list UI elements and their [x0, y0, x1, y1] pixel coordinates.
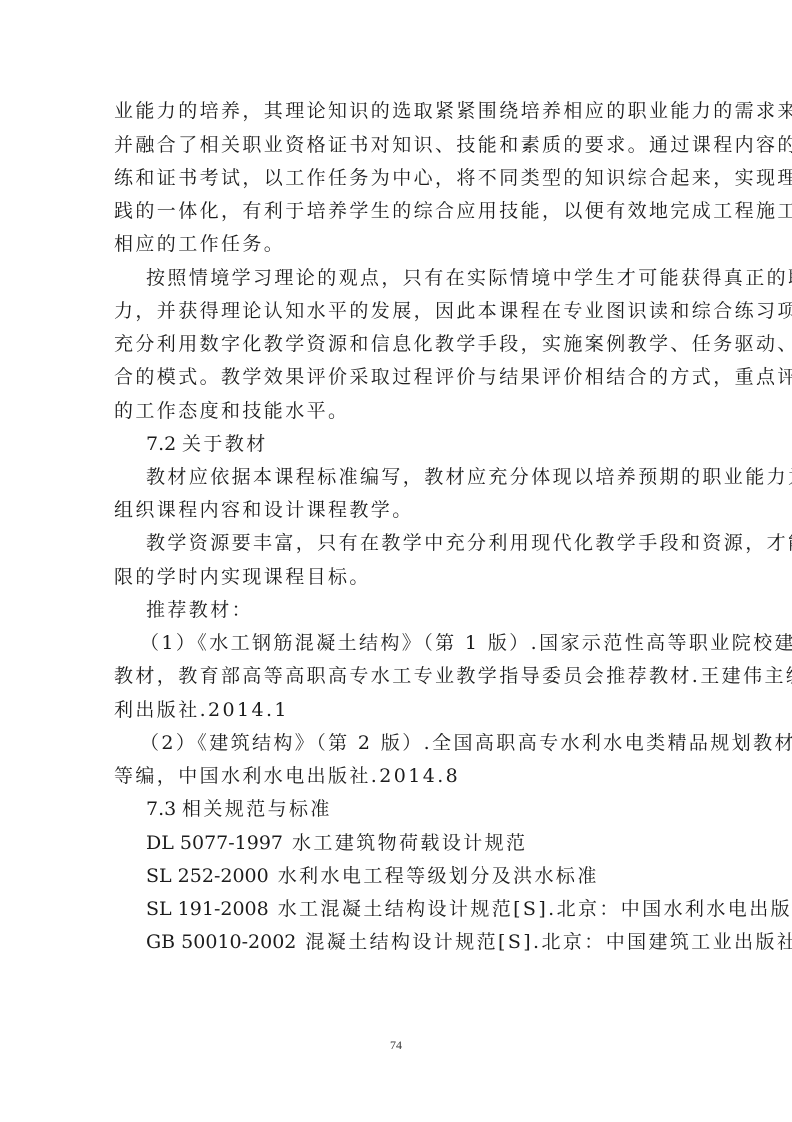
textbook-entry-1: （1）《水工钢筋混凝土结构》（第 1 版）.国家示范性高等职业院校建设规划 教材…: [114, 627, 694, 727]
document-page: 业能力的培养，其理论知识的选取紧紧围绕培养相应的职业能力的需求来进行， 并融合了…: [0, 0, 792, 1122]
text-line: 利出版社.2014.1: [114, 694, 694, 727]
text-line: 按照情境学习理论的观点，只有在实际情境中学生才可能获得真正的职业能: [114, 262, 694, 295]
section-heading-7-3: 7.3相关规范与标准: [114, 793, 694, 826]
standard-code: DL 5077-1997: [146, 832, 283, 854]
standard-item: SL 191-2008水工混凝土结构设计规范[S].北京：中国水利水电出版社，2…: [114, 893, 694, 926]
text-line: 充分利用数字化教学资源和信息化教学手段，实施案例教学、任务驱动、讲练结: [114, 328, 694, 361]
text-line: 等编，中国水利水电出版社.2014.8: [114, 760, 694, 793]
text-line: （1）《水工钢筋混凝土结构》（第 1 版）.国家示范性高等职业院校建设规划: [114, 627, 694, 660]
standard-item: GB 50010-2002混凝土结构设计规范[S].北京：中国建筑工业出版社，2…: [114, 926, 694, 959]
paragraph-textbook-requirements: 教材应依据本课程标准编写，教材应充分体现以培养预期的职业能力为中心 组织课程内容…: [114, 461, 694, 527]
text-line: 践的一体化，有利于培养学生的综合应用技能，以便有效地完成工程施工岗位上: [114, 195, 694, 228]
text-line: 限的学时内实现课程目标。: [114, 561, 694, 594]
standard-item: DL 5077-1997水工建筑物荷载设计规范: [114, 827, 694, 860]
text-line: 并融合了相关职业资格证书对知识、技能和素质的要求。通过课程内容的学习训: [114, 129, 694, 162]
standard-item: SL 252-2000水利水电工程等级划分及洪水标准: [114, 860, 694, 893]
textbook-entry-2: （2）《建筑结构》（第 2 版）.全国高职高专水利水电类精品规划教材.彭明 等编…: [114, 727, 694, 793]
standards-list: DL 5077-1997水工建筑物荷载设计规范 SL 252-2000水利水电工…: [114, 827, 694, 960]
text-line: 的工作态度和技能水平。: [114, 395, 694, 428]
section-number: 7.2: [146, 428, 182, 461]
recommended-textbooks-label: 推荐教材：: [114, 594, 694, 627]
standard-code: SL 252-2000: [146, 865, 269, 887]
text-line: （2）《建筑结构》（第 2 版）.全国高职高专水利水电类精品规划教材.彭明: [114, 727, 694, 760]
standard-title: 混凝土结构设计规范[S].北京：中国建筑工业出版社，2002。: [305, 931, 792, 953]
paragraph-continuation: 业能力的培养，其理论知识的选取紧紧围绕培养相应的职业能力的需求来进行， 并融合了…: [114, 95, 694, 261]
paragraph-situated-learning: 按照情境学习理论的观点，只有在实际情境中学生才可能获得真正的职业能 力，并获得理…: [114, 262, 694, 428]
text-line: 教材应依据本课程标准编写，教材应充分体现以培养预期的职业能力为中心: [114, 461, 694, 494]
section-title: 相关规范与标准: [182, 798, 332, 820]
text-line: 组织课程内容和设计课程教学。: [114, 494, 694, 527]
section-number: 7.3: [146, 793, 182, 826]
text-line: 相应的工作任务。: [114, 228, 694, 261]
text-line: 力，并获得理论认知水平的发展，因此本课程在专业图识读和综合练习项目中要: [114, 295, 694, 328]
section-title: 关于教材: [182, 433, 268, 455]
standard-code: GB 50010-2002: [146, 931, 296, 953]
standard-title: 水工混凝土结构设计规范[S].北京：中国水利水电出版社，2009。: [278, 898, 792, 920]
text-line: 合的模式。教学效果评价采取过程评价与结果评价相结合的方式，重点评价学生: [114, 361, 694, 394]
page-number: 74: [0, 1038, 792, 1053]
paragraph-teaching-resources: 教学资源要丰富，只有在教学中充分利用现代化教学手段和资源，才能在有 限的学时内实…: [114, 527, 694, 593]
text-line: 教材，教育部高等高职高专水工专业教学指导委员会推荐教材.王建伟主编.黄河水: [114, 660, 694, 693]
section-heading-7-2: 7.2关于教材: [114, 428, 694, 461]
text-line: 教学资源要丰富，只有在教学中充分利用现代化教学手段和资源，才能在有: [114, 527, 694, 560]
page-body: 业能力的培养，其理论知识的选取紧紧围绕培养相应的职业能力的需求来进行， 并融合了…: [114, 95, 694, 959]
text-line: 业能力的培养，其理论知识的选取紧紧围绕培养相应的职业能力的需求来进行，: [114, 95, 694, 128]
standard-title: 水利水电工程等级划分及洪水标准: [278, 865, 599, 887]
text-line: 练和证书考试，以工作任务为中心，将不同类型的知识综合起来，实现理论与实: [114, 162, 694, 195]
standard-title: 水工建筑物荷载设计规范: [292, 832, 527, 854]
standard-code: SL 191-2008: [146, 898, 269, 920]
